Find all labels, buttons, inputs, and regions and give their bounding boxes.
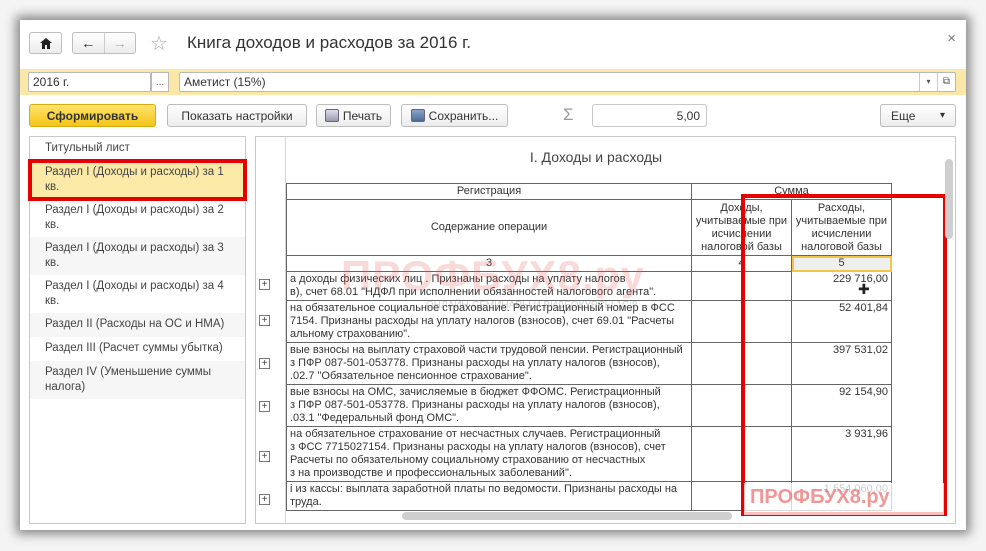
close-icon[interactable]: × bbox=[947, 30, 956, 47]
expand-group-icon[interactable]: + bbox=[259, 494, 270, 505]
report-table: Регистрация Сумма Содержание операции До… bbox=[286, 183, 892, 511]
operation-text-line: з ПФР 087-501-053778. Признаны расходы н… bbox=[290, 399, 688, 412]
grouping-gutter: ++++++ bbox=[256, 137, 286, 523]
chevron-down-icon: ▾ bbox=[940, 110, 945, 121]
open-icon[interactable]: ⧉ bbox=[937, 73, 955, 91]
sidebar-item[interactable]: Раздел I (Доходы и расходы) за 4 кв. bbox=[30, 275, 245, 313]
operation-text-line: на обязательное социальное страхование. … bbox=[290, 302, 688, 315]
operation-text-line: з ПФР 087-501-053778. Признаны расходы н… bbox=[290, 357, 688, 370]
operation-text-line: а доходы физических лиц . Признаны расхо… bbox=[290, 273, 688, 286]
print-label: Печать bbox=[343, 109, 382, 123]
income-cell[interactable] bbox=[692, 272, 792, 301]
expand-group-icon[interactable]: + bbox=[259, 451, 270, 462]
expense-cell[interactable]: 229 716,00 bbox=[792, 272, 892, 301]
table-row[interactable]: і из кассы: выплата заработной платы по … bbox=[287, 482, 892, 511]
vertical-scrollbar[interactable] bbox=[945, 159, 953, 239]
income-cell[interactable] bbox=[692, 427, 792, 482]
operation-text-line: альному страхованию". bbox=[290, 328, 688, 341]
more-label: Еще bbox=[891, 109, 915, 123]
expense-cell[interactable]: 92 154,90 bbox=[792, 385, 892, 427]
report-section-title: I. Доходы и расходы bbox=[286, 137, 906, 183]
selection-sum-field: 5,00 bbox=[592, 104, 707, 127]
header-registration: Регистрация bbox=[287, 184, 692, 200]
header-expense: Расходы, учитываемые при исчислении нало… bbox=[792, 200, 892, 256]
income-cell[interactable] bbox=[692, 301, 792, 343]
history-nav: ← → bbox=[72, 32, 136, 54]
operation-text-line: з ФСС 7715027154. Признаны расходы на уп… bbox=[290, 441, 688, 454]
operation-text-line: і из кассы: выплата заработной платы по … bbox=[290, 483, 688, 496]
column-number-5[interactable]: 5 bbox=[792, 256, 892, 272]
chevron-down-icon[interactable]: ▾ bbox=[919, 73, 937, 91]
forward-arrow-icon[interactable]: → bbox=[104, 33, 136, 53]
organization-value: Аметист (15%) bbox=[184, 75, 266, 89]
organization-field[interactable]: Аметист (15%) ▾ ⧉ bbox=[179, 72, 956, 92]
show-settings-button[interactable]: Показать настройки bbox=[167, 104, 307, 127]
horizontal-scrollbar[interactable] bbox=[402, 512, 732, 520]
period-field[interactable]: 2016 г. bbox=[28, 72, 151, 92]
report-window: ← → ☆ Книга доходов и расходов за 2016 г… bbox=[20, 20, 966, 530]
operation-content-cell[interactable]: на обязательное социальное страхование. … bbox=[287, 301, 692, 343]
window-title: Книга доходов и расходов за 2016 г. bbox=[187, 33, 471, 53]
parameters-bar: 2016 г. ... Аметист (15%) ▾ ⧉ bbox=[20, 69, 966, 95]
sections-list: Титульный листРаздел I (Доходы и расходы… bbox=[29, 136, 246, 524]
expense-cell[interactable]: 3 931,96 bbox=[792, 427, 892, 482]
expense-cell[interactable]: 52 401,84 bbox=[792, 301, 892, 343]
table-row[interactable]: вые взносы на выплату страховой части тр… bbox=[287, 343, 892, 385]
printer-icon bbox=[325, 109, 339, 122]
operation-text-line: в), счет 68.01 "НДФЛ при исполнении обяз… bbox=[290, 286, 688, 299]
table-row[interactable]: на обязательное социальное страхование. … bbox=[287, 301, 892, 343]
report-spreadsheet[interactable]: ++++++ I. Доходы и расходы Регистрация С… bbox=[255, 136, 956, 524]
sidebar-item[interactable]: Раздел III (Расчет суммы убытка) bbox=[30, 337, 245, 361]
more-button[interactable]: Еще ▾ bbox=[880, 104, 956, 127]
operation-content-cell[interactable]: на обязательное страхование от несчастны… bbox=[287, 427, 692, 482]
operation-text-line: .02.7 "Обязательное пенсионное страхован… bbox=[290, 370, 688, 383]
income-cell[interactable] bbox=[692, 385, 792, 427]
back-arrow-icon[interactable]: ← bbox=[73, 33, 104, 53]
operation-text-line: .03.1 "Федеральный фонд ОМС". bbox=[290, 412, 688, 425]
favorite-star-icon[interactable]: ☆ bbox=[150, 31, 168, 56]
table-row[interactable]: вые взносы на ОМС, зачисляемые в бюджет … bbox=[287, 385, 892, 427]
generate-button[interactable]: Сформировать bbox=[29, 104, 156, 127]
home-button[interactable] bbox=[29, 32, 62, 54]
operation-text-line: з на производстве и профессиональных заб… bbox=[290, 467, 688, 480]
expand-group-icon[interactable]: + bbox=[259, 401, 270, 412]
sidebar-item[interactable]: Титульный лист bbox=[30, 137, 245, 161]
operation-text-line: Расчеты по обязательному социальному стр… bbox=[290, 454, 688, 467]
expense-cell[interactable]: 397 531,02 bbox=[792, 343, 892, 385]
floppy-disk-icon bbox=[411, 109, 425, 122]
operation-text-line: вые взносы на выплату страховой части тр… bbox=[290, 344, 688, 357]
header-income: Доходы, учитываемые при исчислении налог… bbox=[692, 200, 792, 256]
sidebar-item[interactable]: Раздел I (Доходы и расходы) за 1 кв. bbox=[30, 161, 245, 199]
sidebar-item[interactable]: Раздел II (Расходы на ОС и НМА) bbox=[30, 313, 245, 337]
operation-text-line: 7154. Признаны расходы на уплату налогов… bbox=[290, 315, 688, 328]
print-button[interactable]: Печать bbox=[316, 104, 391, 127]
sidebar-item[interactable]: Раздел IV (Уменьшение суммы налога) bbox=[30, 361, 245, 399]
home-icon bbox=[40, 38, 52, 49]
income-cell[interactable] bbox=[692, 482, 792, 511]
income-cell[interactable] bbox=[692, 343, 792, 385]
sidebar-item[interactable]: Раздел I (Доходы и расходы) за 2 кв. bbox=[30, 199, 245, 237]
sidebar-item[interactable]: Раздел I (Доходы и расходы) за 3 кв. bbox=[30, 237, 245, 275]
operation-content-cell[interactable]: і из кассы: выплата заработной платы по … bbox=[287, 482, 692, 511]
header-sum: Сумма bbox=[692, 184, 892, 200]
save-label: Сохранить... bbox=[429, 109, 499, 123]
expand-group-icon[interactable]: + bbox=[259, 315, 270, 326]
table-row[interactable]: на обязательное страхование от несчастны… bbox=[287, 427, 892, 482]
save-button[interactable]: Сохранить... bbox=[401, 104, 508, 127]
operation-text-line: на обязательное страхование от несчастны… bbox=[290, 428, 688, 441]
operation-content-cell[interactable]: а доходы физических лиц . Признаны расхо… bbox=[287, 272, 692, 301]
expand-group-icon[interactable]: + bbox=[259, 358, 270, 369]
period-select-button[interactable]: ... bbox=[151, 72, 169, 92]
sigma-icon: Σ bbox=[563, 105, 574, 125]
expense-cell[interactable]: 1 554 060,00 bbox=[792, 482, 892, 511]
operation-text-line: труда. bbox=[290, 496, 688, 509]
title-bar: ← → ☆ Книга доходов и расходов за 2016 г… bbox=[20, 20, 966, 66]
operation-text-line: вые взносы на ОМС, зачисляемые в бюджет … bbox=[290, 386, 688, 399]
column-number-4[interactable]: 4 bbox=[692, 256, 792, 272]
table-row[interactable]: а доходы физических лиц . Признаны расхо… bbox=[287, 272, 892, 301]
column-number-3[interactable]: 3 bbox=[287, 256, 692, 272]
expand-group-icon[interactable]: + bbox=[259, 279, 270, 290]
operation-content-cell[interactable]: вые взносы на выплату страховой части тр… bbox=[287, 343, 692, 385]
toolbar: Сформировать Показать настройки Печать С… bbox=[20, 104, 966, 128]
header-content: Содержание операции bbox=[287, 200, 692, 256]
operation-content-cell[interactable]: вые взносы на ОМС, зачисляемые в бюджет … bbox=[287, 385, 692, 427]
